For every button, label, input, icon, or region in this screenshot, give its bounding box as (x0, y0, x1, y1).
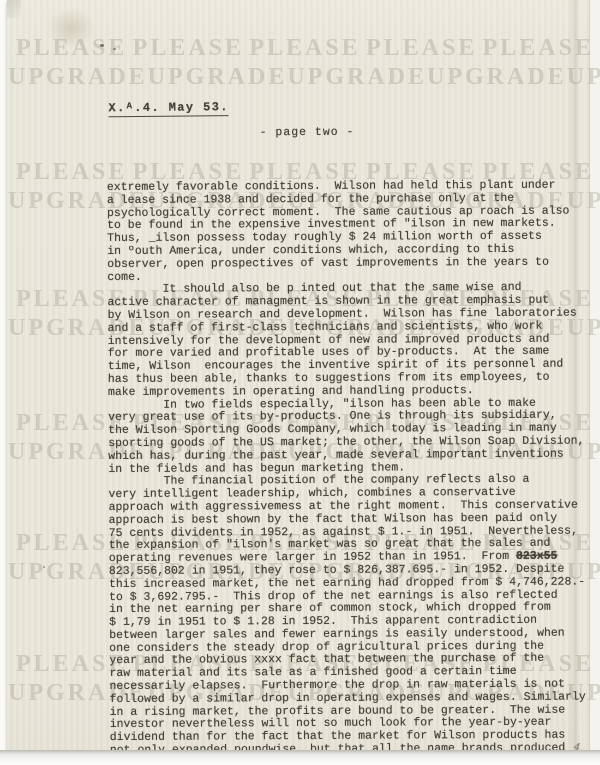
typed-body: extremely favorable conditions. Wilson h… (107, 180, 586, 758)
scanned-page: PLEASEPLEASEPLEASEPLEASEPLEASEUPGRADEUPG… (0, 0, 600, 765)
scanner-background-band (0, 750, 600, 765)
typed-layer: X.ᴬ.4. May 53. - page two - extremely fa… (0, 0, 600, 765)
document-reference: X.ᴬ.4. May 53. (108, 100, 229, 117)
struck-out-text: 823x55 (516, 550, 557, 563)
typed-line: observer, open prospectives of vast impr… (107, 256, 583, 271)
page-number-label: - page two - (260, 126, 355, 139)
